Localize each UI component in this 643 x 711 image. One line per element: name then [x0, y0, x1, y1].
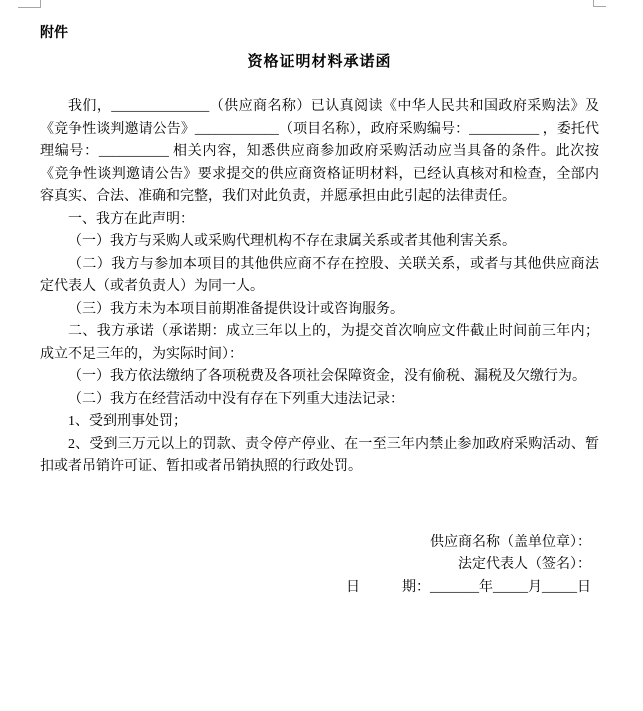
- attachment-label: 附件: [40, 26, 599, 42]
- paragraph-violation-1: 1、受到刑事处罚；: [40, 411, 599, 434]
- signature-supplier-line: 供应商名称（盖单位章）：: [40, 532, 591, 555]
- signature-block: 供应商名称（盖单位章）： 法定代表人（签名）： 日 期：_______年____…: [40, 532, 599, 600]
- paragraph-commitment-2: （二）我方在经营活动中没有存在下列重大违法记录：: [40, 389, 599, 412]
- signature-representative-line: 法定代表人（签名）：: [40, 554, 591, 577]
- paragraph-commitment-1: （一）我方依法缴纳了各项税费及各项社会保障资金，没有偷税、漏税及欠缴行为。: [40, 366, 599, 389]
- document-title: 资格证明材料承诺函: [40, 50, 599, 71]
- paragraph-commitment-head: 二、我方承诺（承诺期：成立三年以上的，为提交首次响应文件截止时间前三年内；成立不…: [40, 321, 599, 366]
- document-page: 附件 资格证明材料承诺函 我们，______________（供应商名称）已认真…: [0, 0, 643, 711]
- document-body: 我们，______________（供应商名称）已认真阅读《中华人民共和国政府采…: [40, 96, 599, 479]
- paragraph-intro: 我们，______________（供应商名称）已认真阅读《中华人民共和国政府采…: [40, 96, 599, 209]
- signature-date-line: 日 期：_______年_____月_____日: [40, 577, 591, 600]
- paragraph-declaration-head: 一、我方在此声明：: [40, 209, 599, 232]
- paragraph-declaration-2: （二）我方与参加本项目的其他供应商不存在控股、关联关系，或者与其他供应商法定代表…: [40, 254, 599, 299]
- paragraph-declaration-3: （三）我方未为本项目前期准备提供设计或咨询服务。: [40, 299, 599, 322]
- text-boundary-mark-top-right: [593, 0, 606, 7]
- paragraph-declaration-1: （一）我方与采购人或采购代理机构不存在隶属关系或者其他利害关系。: [40, 231, 599, 254]
- document-content: 附件 资格证明材料承诺函 我们，______________（供应商名称）已认真…: [0, 0, 643, 599]
- text-boundary-mark-top-left: [18, 0, 41, 8]
- paragraph-violation-2: 2、受到三万元以上的罚款、责令停产停业、在一至三年内禁止参加政府采购活动、暂扣或…: [40, 434, 599, 479]
